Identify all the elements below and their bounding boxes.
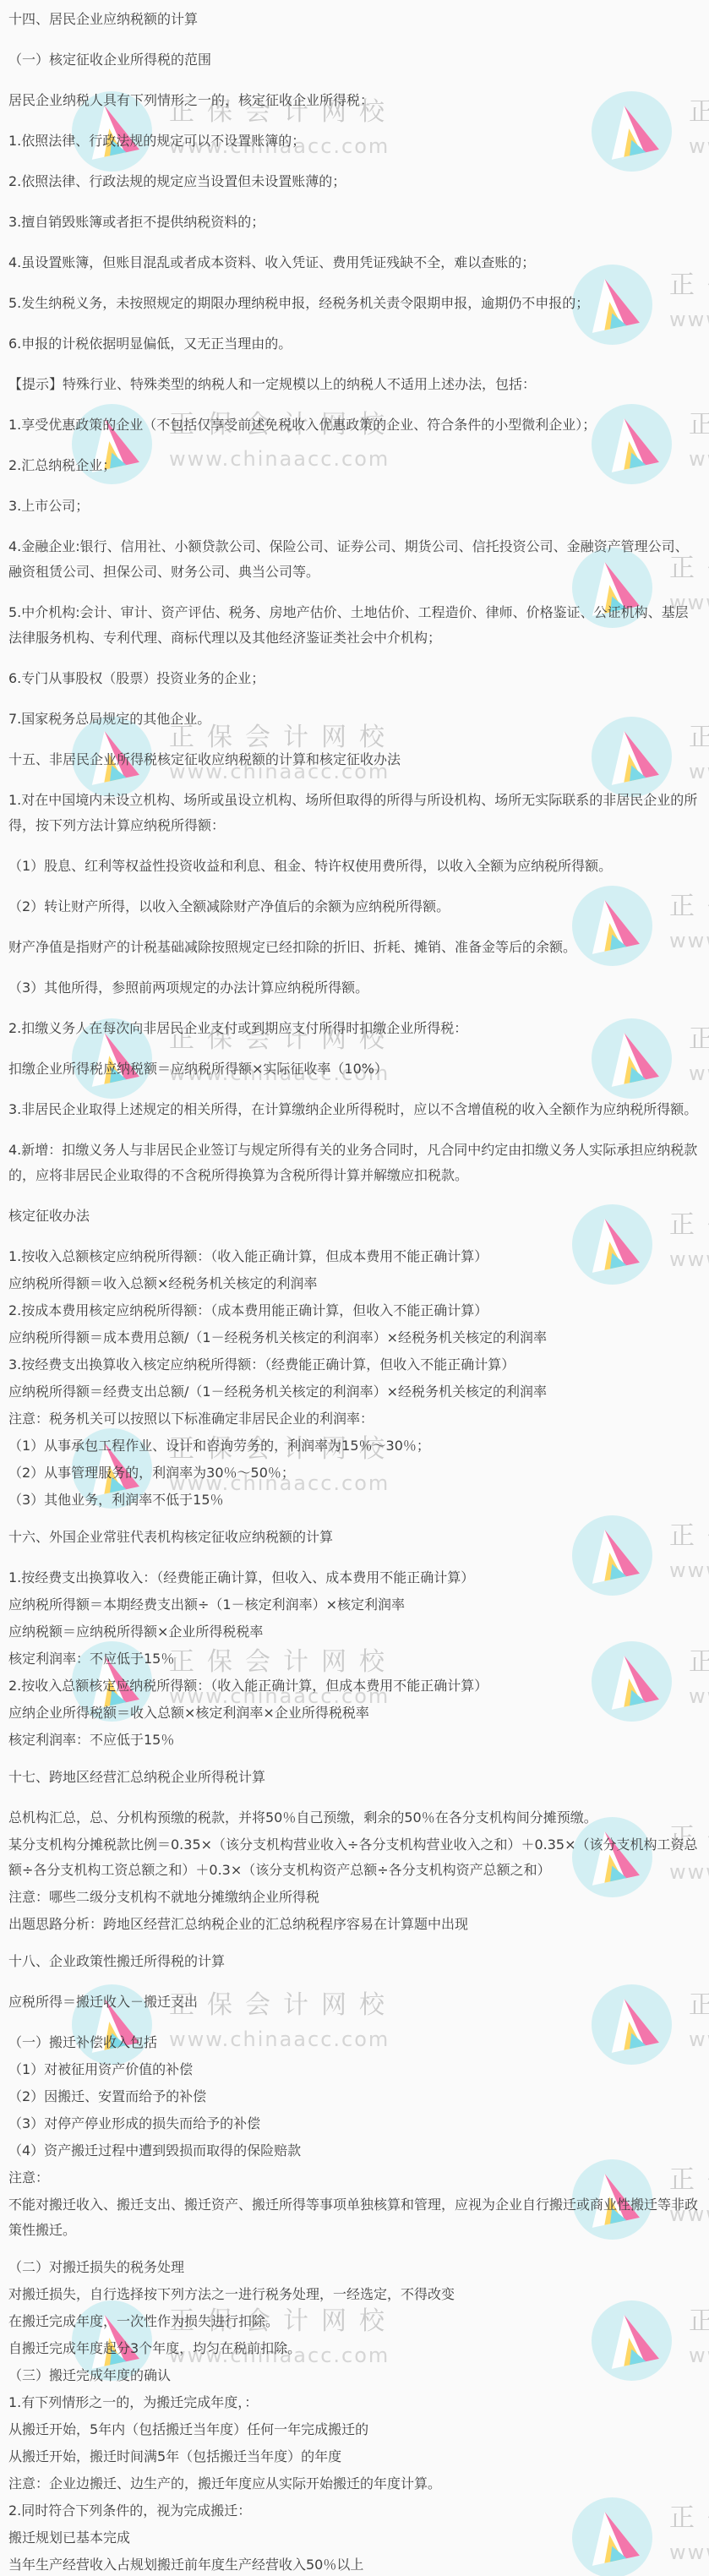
paragraph: 2.汇总纳税企业； <box>8 453 701 478</box>
section-heading: 十五、非居民企业所得税核定征收应纳税额的计算和核定征收办法 <box>8 747 701 772</box>
paragraph: 注意：企业边搬迁、边生产的，搬迁年度应从实际开始搬迁的年度计算。 <box>8 2471 701 2497</box>
paragraph: 2.按收入总额核定应纳税所得额：（收入能正确计算，但成本费用不能正确计算） <box>8 1673 701 1699</box>
paragraph: 核定利润率：不应低于15％ <box>8 1646 701 1672</box>
paragraph: 2.依照法律、行政法规的规定应当设置但未设置账薄的； <box>8 169 701 194</box>
paragraph: 从搬迁开始，5年内（包括搬迁当年度）任何一年完成搬迁的 <box>8 2417 701 2442</box>
formula-line: 扣缴企业所得税应纳税额＝应纳税所得额×实际征收率（10%） <box>8 1056 701 1082</box>
formula-line: 应纳税所得额＝本期经费支出额÷（1－核定利润率）×核定利润率 <box>8 1592 701 1618</box>
formula-line: 应纳税所得额＝收入总额×经税务机关核定的利润率 <box>8 1271 701 1296</box>
paragraph: 1.按经费支出换算收入：（经费能正确计算，但收入、成本费用不能正确计算） <box>8 1565 701 1591</box>
paragraph: 4.虽设置账簿，但账目混乱或者成本资料、收入凭证、费用凭证残缺不全，难以查账的； <box>8 250 701 276</box>
paragraph: 5.发生纳税义务，未按照规定的期限办理纳税申报，经税务机关责令限期申报，逾期仍不… <box>8 291 701 316</box>
paragraph: 3.按经费支出换算收入核定应纳税所得额：（经费能正确计算，但收入不能正确计算） <box>8 1352 701 1378</box>
formula-line: 应纳税所得额＝经费支出总额/（1－经税务机关核定的利润率）×经税务机关核定的利润… <box>8 1379 701 1405</box>
paragraph: 1.依照法律、行政法规的规定可以不设置账簿的； <box>8 128 701 154</box>
formula-line: 应纳企业所得税额＝收入总额×核定利润率×企业所得税税率 <box>8 1700 701 1726</box>
paragraph: 财产净值是指财产的计税基础减除按照规定已经扣除的折旧、折耗、摊销、准备金等后的余… <box>8 935 701 960</box>
paragraph: 总机构汇总，总、分机构预缴的税款，并将50％自己预缴，剩余的50％在各分支机构间… <box>8 1805 701 1831</box>
paragraph: 注意： <box>8 2165 701 2191</box>
paragraph: 搬迁规划已基本完成 <box>8 2525 701 2551</box>
paragraph: 3.上市公司； <box>8 494 701 519</box>
paragraph: 2.按成本费用核定应纳税所得额：（成本费用能正确计算，但收入不能正确计算） <box>8 1298 701 1323</box>
paragraph: 居民企业纳税人具有下列情形之一的，核定征收企业所得税： <box>8 88 701 113</box>
paragraph: 1.有下列情形之一的，为搬迁完成年度，： <box>8 2390 701 2415</box>
paragraph: 注意：税务机关可以按照以下标准确定非居民企业的利润率： <box>8 1406 701 1432</box>
paragraph: 不能对搬迁收入、搬迁支出、搬迁资产、搬迁所得等事项单独核算和管理，应视为企业自行… <box>8 2192 701 2243</box>
paragraph: 注意：哪些二级分支机构不就地分摊缴纳企业所得税 <box>8 1885 701 1910</box>
paragraph: （2）因搬迁、安置而给予的补偿 <box>8 2084 701 2109</box>
document-content: 十四、居民企业应纳税额的计算（一）核定征收企业所得税的范围居民企业纳税人具有下列… <box>0 0 709 2576</box>
paragraph: 在搬迁完成年度，一次性作为损失进行扣除。 <box>8 2309 701 2334</box>
formula-line: 应纳税所得额＝成本费用总额/（1－经税务机关核定的利润率）×经税务机关核定的利润… <box>8 1325 701 1351</box>
paragraph: 6.专门从事股权（股票）投资业务的企业； <box>8 666 701 691</box>
paragraph: （1）从事承包工程作业、设计和咨询劳务的，利润率为15％～30％； <box>8 1433 701 1459</box>
paragraph: （2）转让财产所得，以收入全额减除财产净值后的余额为应纳税所得额。 <box>8 894 701 920</box>
paragraph: （3）其他业务，利润率不低于15％ <box>8 1487 701 1513</box>
paragraph: （3）对停产停业形成的损失而给予的补偿 <box>8 2111 701 2137</box>
section-heading: 十四、居民企业应纳税额的计算 <box>8 7 701 32</box>
document-page: 正保会计网校 www.chinaacc.com 正保会计网校 www.china… <box>0 0 709 2576</box>
section-heading: 十六、外国企业常驻代表机构核定征收应纳税额的计算 <box>8 1525 701 1550</box>
paragraph: 对搬迁损失，自行选择按下列方法之一进行税务处理，一经选定，不得改变 <box>8 2282 701 2307</box>
paragraph: 3.擅自销毁账簿或者拒不提供纳税资料的； <box>8 210 701 235</box>
paragraph: 6.申报的计税依据明显偏低，又无正当理由的。 <box>8 331 701 357</box>
paragraph: 2.扣缴义务人在每次向非居民企业支付或到期应支付所得时扣缴企业所得税： <box>8 1016 701 1041</box>
subsection-heading: 核定征收办法 <box>8 1203 701 1229</box>
paragraph: 4.新增：扣缴义务人与非居民企业签订与规定所得有关的业务合同时，凡合同中约定由扣… <box>8 1138 701 1188</box>
subsection-heading: （一）核定征收企业所得税的范围 <box>8 47 701 73</box>
paragraph: 7.国家税务总局规定的其他企业。 <box>8 707 701 732</box>
section-heading: 十七、跨地区经营汇总纳税企业所得税计算 <box>8 1765 701 1790</box>
paragraph: （4）资产搬迁过程中遭到毁损而取得的保险赔款 <box>8 2138 701 2164</box>
subsection-heading: （一）搬迁补偿收入包括 <box>8 2030 701 2055</box>
paragraph: 1.对在中国境内未设立机构、场所或虽设立机构、场所但取得的所得与所设机构、场所无… <box>8 788 701 838</box>
paragraph: （1）对被征用资产价值的补偿 <box>8 2057 701 2082</box>
paragraph: 出题思路分析：跨地区经营汇总纳税企业的汇总纳税程序容易在计算题中出现 <box>8 1912 701 1937</box>
paragraph: （1）股息、红利等权益性投资收益和利息、租金、特许权使用费所得，以收入全额为应纳… <box>8 854 701 879</box>
paragraph: 1.按收入总额核定应纳税所得额：（收入能正确计算，但成本费用不能正确计算） <box>8 1244 701 1269</box>
paragraph: 【提示】特殊行业、特殊类型的纳税人和一定规模以上的纳税人不适用上述办法，包括： <box>8 372 701 397</box>
paragraph: 自搬迁完成年度起分3个年度，均匀在税前扣除。 <box>8 2336 701 2361</box>
formula-line: 某分支机构分摊税款比例＝0.35×（该分支机构营业收入÷各分支机构营业收入之和）… <box>8 1832 701 1883</box>
paragraph: 1.享受优惠政策的企业（不包括仅享受前述免税收入优惠政策的企业、符合条件的小型微… <box>8 412 701 438</box>
formula-line: 应纳税额＝应纳税所得额×企业所得税税率 <box>8 1619 701 1645</box>
paragraph: 2.同时符合下列条件的，视为完成搬迁： <box>8 2498 701 2524</box>
formula-line: 应税所得＝搬迁收入－搬迁支出 <box>8 1989 701 2015</box>
paragraph: 从搬迁开始，搬迁时间满5年（包括搬迁当年度）的年度 <box>8 2444 701 2470</box>
subsection-heading: （二）对搬迁损失的税务处理 <box>8 2255 701 2280</box>
paragraph: 核定利润率：不应低于15％ <box>8 1727 701 1753</box>
paragraph: 3.非居民企业取得上述规定的相关所得，在计算缴纳企业所得税时，应以不含增值税的收… <box>8 1097 701 1122</box>
paragraph: （2）从事管理服务的，利润率为30％～50％； <box>8 1460 701 1486</box>
section-heading: 十八、企业政策性搬迁所得税的计算 <box>8 1949 701 1974</box>
paragraph: （3）其他所得，参照前两项规定的办法计算应纳税所得额。 <box>8 975 701 1001</box>
paragraph: 当年生产经营收入占规划搬迁前年度生产经营收入50％以上 <box>8 2552 701 2576</box>
paragraph: 4.金融企业:银行、信用社、小额贷款公司、保险公司、证券公司、期货公司、信托投资… <box>8 534 701 585</box>
subsection-heading: （三）搬迁完成年度的确认 <box>8 2363 701 2388</box>
paragraph: 5.中介机构:会计、审计、资产评估、税务、房地产估价、土地估价、工程造价、律师、… <box>8 600 701 651</box>
